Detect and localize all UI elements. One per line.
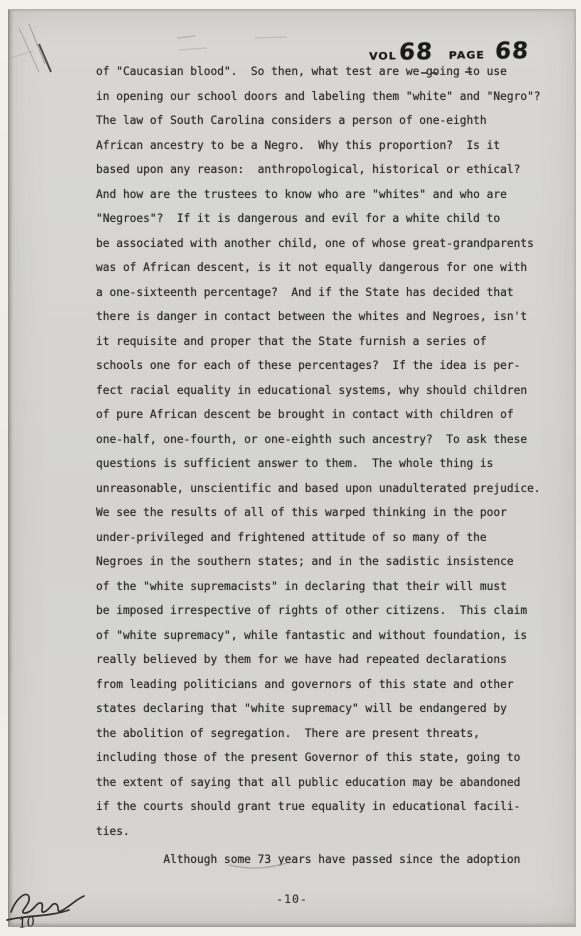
text-line: the abolition of segregation. There are … <box>96 722 541 747</box>
text-line: if the courts should grant true equality… <box>96 795 541 820</box>
text-line: "Negroes"? If it is dangerous and evil f… <box>96 207 541 232</box>
text-line: there is danger in contact between the w… <box>96 305 541 330</box>
text-line: of "Caucasian blood". So then, what test… <box>96 60 541 85</box>
text-line: from leading politicians and governors o… <box>96 673 541 698</box>
text-line: it requisite and proper that the State f… <box>96 330 541 355</box>
text-line: was of African descent, is it not equall… <box>96 256 541 281</box>
pencil-underline-mark <box>227 860 291 872</box>
text-line: really believed by them for we have had … <box>96 648 541 673</box>
text-line: based upon any reason: anthropological, … <box>96 158 541 183</box>
text-line: be imposed irrespective of rights of oth… <box>96 599 541 624</box>
text-line: questions is sufficient answer to them. … <box>96 452 541 477</box>
text-line: schools one for each of these percentage… <box>96 354 541 379</box>
text-line: The law of South Carolina considers a pe… <box>96 109 541 134</box>
document-text: of "Caucasian blood". So then, what test… <box>96 60 541 873</box>
text-line: one-half, one-fourth, or one-eighth such… <box>96 428 541 453</box>
text-line: of the "white supremacists" in declaring… <box>96 575 541 600</box>
text-line: Negroes in the southern states; and in t… <box>96 550 541 575</box>
text-line: in opening our school doors and labeling… <box>96 85 541 110</box>
text-line: Although some 73 years have passed since… <box>96 848 541 873</box>
text-line: of pure African descent be brought in co… <box>96 403 541 428</box>
text-line: states declaring that "white supremacy" … <box>96 697 541 722</box>
handwritten-number: 10 <box>17 915 35 928</box>
text-line: unreasonable, unscientific and based upo… <box>96 477 541 502</box>
text-line: of "white supremacy", while fantastic an… <box>96 624 541 649</box>
handwritten-initials: 10 <box>5 888 109 928</box>
text-line: be associated with another child, one of… <box>96 232 541 257</box>
text-line: including those of the present Governor … <box>96 746 541 771</box>
text-line: a one-sixteenth percentage? And if the S… <box>96 281 541 306</box>
document-page: VOL 68 PAGE 68 of "Caucasian blood". So … <box>8 9 576 927</box>
corner-scratch-marks <box>9 14 81 94</box>
text-line: We see the results of all of this warped… <box>96 501 541 526</box>
text-line: African ancestry to be a Negro. Why this… <box>96 134 541 159</box>
smudge-marks <box>169 28 309 52</box>
text-line: the extent of saying that all public edu… <box>96 771 541 796</box>
text-line: under-privileged and frightened attitude… <box>96 526 541 551</box>
text-line: And how are the trustees to know who are… <box>96 183 541 208</box>
text-line: ties. <box>96 820 541 845</box>
text-line: fect racial equality in educational syst… <box>96 379 541 404</box>
